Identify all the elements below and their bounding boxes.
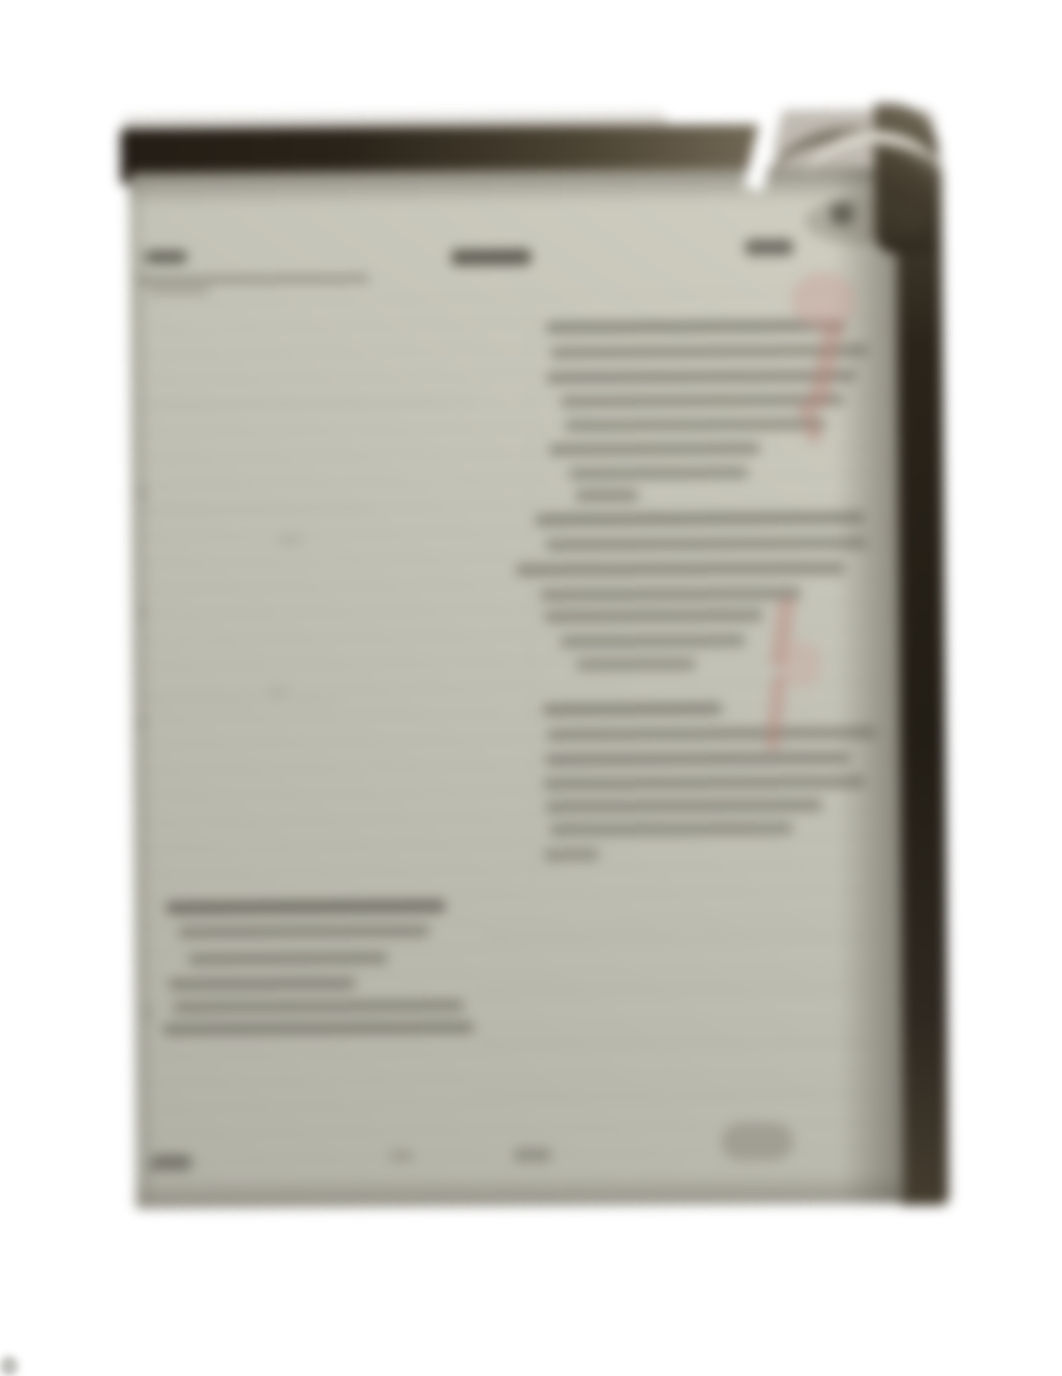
bottom-left-corner-smudge (0, 1356, 18, 1376)
faint-ink-smudges (114, 101, 942, 1223)
notebook-photo (114, 101, 942, 1223)
photo-blur-layer (114, 101, 942, 1223)
page-background: { "meta": { "subject": "blurry-photo-of-… (0, 0, 1062, 1376)
